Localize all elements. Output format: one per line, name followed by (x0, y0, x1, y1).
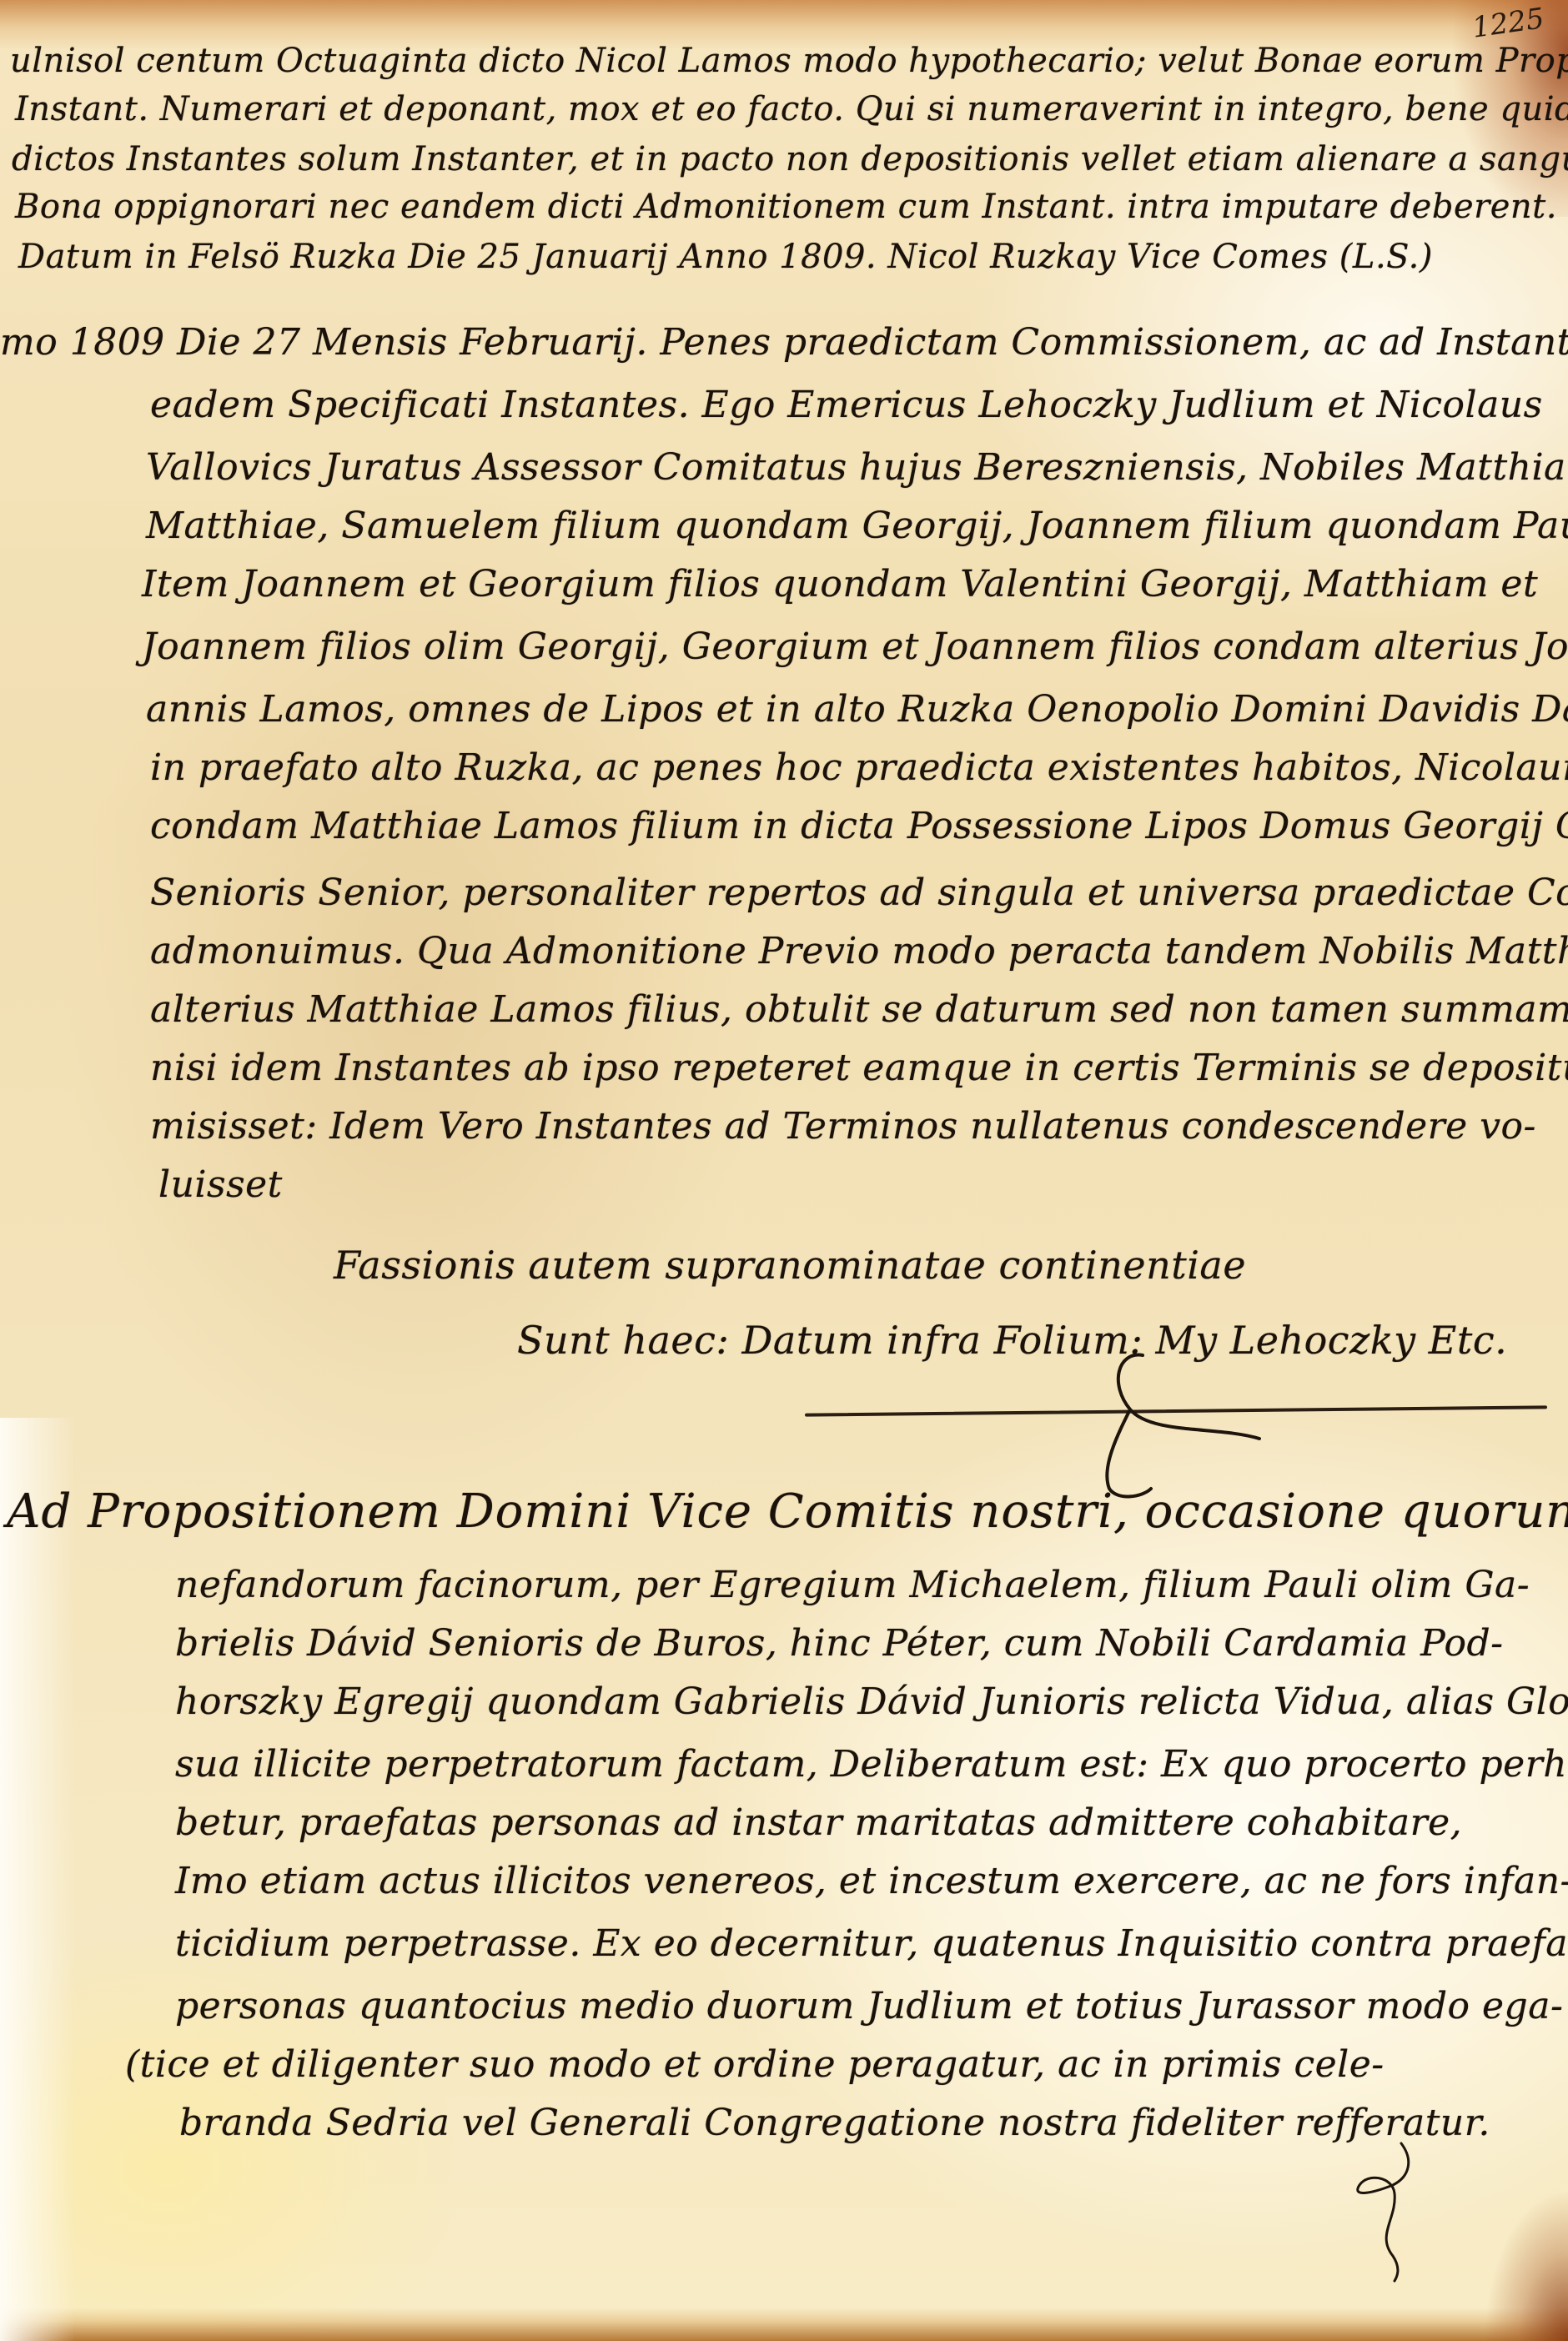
text-line: luisset (158, 1163, 283, 1206)
signature-flourish-icon (1051, 1343, 1301, 1501)
text-line: horszky Egregij quondam Gabrielis Dávid … (175, 1680, 1568, 1723)
resolution-heading: Ad Propositionem Domini Vice Comitis nos… (7, 1484, 1568, 1539)
closing-line-1: Fassionis autem supranominatae continent… (334, 1243, 1246, 1288)
text-line: nisi idem Instantes ab ipso repeteret ea… (150, 1047, 1568, 1089)
text-line: in praefato alto Ruzka, ac penes hoc pra… (150, 746, 1568, 789)
text-line: dictos Instantes solum Instanter, et in … (12, 140, 1568, 178)
manuscript-page: 1225 ulnisol centum Octuaginta dicto Nic… (0, 0, 1568, 2341)
text-line: Imo etiam actus illicitos venereos, et i… (175, 1860, 1568, 1902)
end-flourish-icon (1334, 2135, 1451, 2285)
faded-margin (0, 1418, 75, 2341)
text-line: (tice et diligenter suo modo et ordine p… (125, 2043, 1385, 2086)
burn-stain-bottom-right (1468, 2174, 1568, 2341)
text-line: Item Joannem et Georgium filios quondam … (142, 563, 1538, 605)
text-line: alterius Matthiae Lamos filius, obtulit … (150, 988, 1568, 1031)
burn-stain-bottom (0, 2308, 1568, 2341)
text-line: Instant. Numerari et deponant, mox et eo… (15, 90, 1568, 128)
text-line: admonuimus. Qua Admonitione Previo modo … (150, 930, 1568, 972)
text-line: brielis Dávid Senioris de Buros, hinc Pé… (175, 1622, 1503, 1665)
text-line: misisset: Idem Vero Instantes ad Termino… (150, 1105, 1536, 1148)
text-line: mo 1809 Die 27 Mensis Februarij. Penes p… (0, 321, 1568, 364)
text-line: betur, praefatas personas ad instar mari… (175, 1801, 1462, 1844)
text-line: Datum in Felsö Ruzka Die 25 Januarij Ann… (18, 238, 1433, 276)
text-line: eadem Specificati Instantes. Ego Emericu… (150, 384, 1543, 426)
text-line: ticidium perpetrasse. Ex eo decernitur, … (175, 1922, 1568, 1965)
text-line: Vallovics Juratus Assessor Comitatus huj… (146, 446, 1568, 489)
closing-line-2: Sunt haec: Datum infra Folium: My Lehocz… (517, 1318, 1507, 1363)
text-line: nefandorum facinorum, per Egregium Micha… (175, 1564, 1530, 1606)
text-line: Senioris Senior, personaliter repertos a… (150, 872, 1568, 914)
text-line: ulnisol centum Octuaginta dicto Nicol La… (10, 42, 1568, 80)
text-line: Matthiae, Samuelem filium quondam Georgi… (146, 505, 1568, 547)
text-line: personas quantocius medio duorum Judlium… (175, 1985, 1563, 2027)
text-line: condam Matthiae Lamos filium in dicta Po… (150, 805, 1568, 847)
text-line: Joannem filios olim Georgij, Georgium et… (142, 625, 1568, 668)
text-line: annis Lamos, omnes de Lipos et in alto R… (146, 688, 1568, 731)
text-line: sua illicite perpetratorum factam, Delib… (175, 1743, 1568, 1786)
text-line: branda Sedria vel Generali Congregatione… (179, 2102, 1490, 2144)
text-line: Bona oppignorari nec eandem dicti Admoni… (15, 188, 1568, 226)
